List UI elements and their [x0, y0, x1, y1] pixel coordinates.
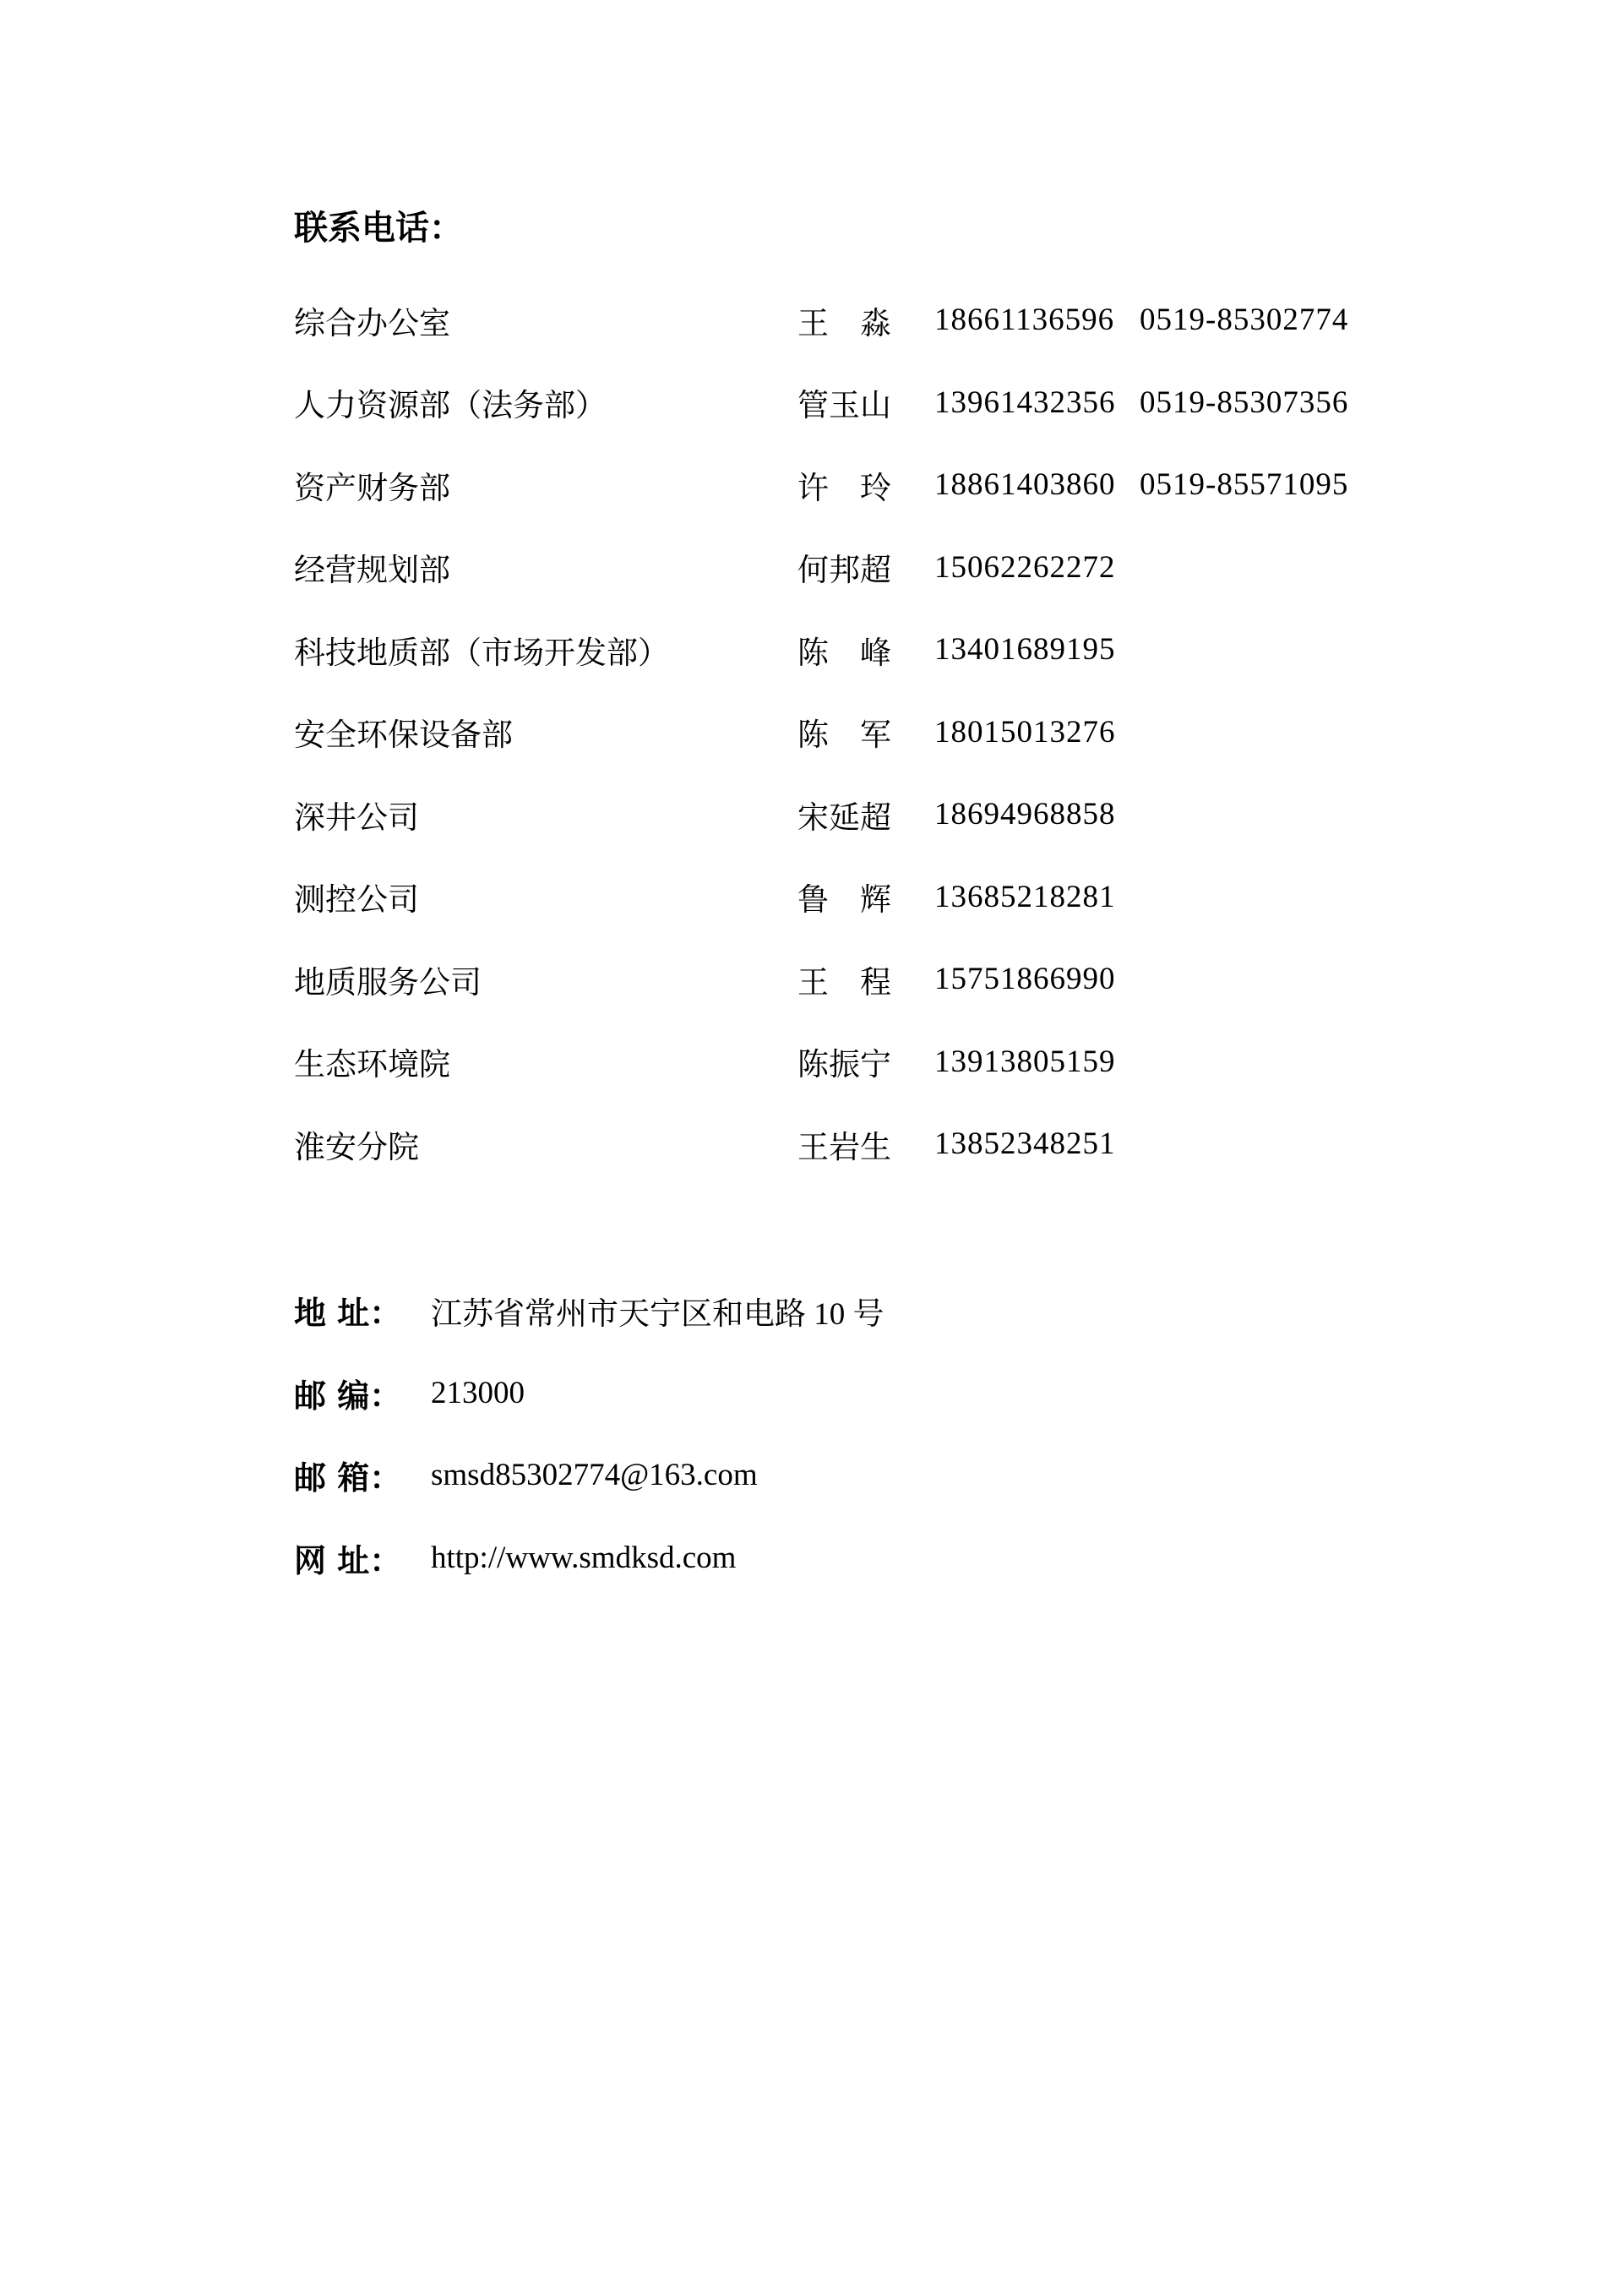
email-row: 邮 箱： smsd85302774@163.com [294, 1434, 1358, 1517]
person-name: 管玉山 [797, 379, 934, 425]
mobile-number: 18015013276 [934, 714, 1140, 750]
table-row: 深井公司 宋延超 18694968858 [294, 773, 1358, 856]
mobile-number: 13852348251 [934, 1126, 1140, 1162]
mobile-number: 18861403860 [934, 466, 1140, 503]
mobile-number: 13961432356 [934, 384, 1140, 421]
postcode-row: 邮 编： 213000 [294, 1352, 1358, 1435]
table-row: 综合办公室 王 淼 18661136596 0519-85302774 [294, 279, 1358, 362]
postcode-label: 邮 编： [294, 1370, 431, 1416]
mobile-number: 15062262272 [934, 549, 1140, 586]
contact-list: 综合办公室 王 淼 18661136596 0519-85302774 人力资源… [294, 279, 1358, 1186]
email-label: 邮 箱： [294, 1452, 431, 1498]
mobile-number: 15751866990 [934, 961, 1140, 997]
person-name: 陈 军 [797, 709, 934, 755]
person-name: 宋延超 [797, 792, 934, 837]
mobile-number: 18694968858 [934, 796, 1140, 832]
department-name: 资产财务部 [294, 462, 797, 508]
office-number: 0519-85571095 [1140, 466, 1358, 503]
website-row: 网 址： http://www.smdksd.com [294, 1517, 1358, 1600]
table-row: 经营规划部 何邦超 15062262272 [294, 526, 1358, 609]
mobile-number: 18661136596 [934, 302, 1140, 338]
contact-info-block: 地 址： 江苏省常州市天宁区和电路 10 号 邮 编： 213000 邮 箱： … [294, 1269, 1358, 1599]
page-title: 联系电话： [294, 211, 463, 245]
person-name: 王 淼 [797, 297, 934, 343]
person-name: 陈振宁 [797, 1039, 934, 1084]
department-name: 地质服务公司 [294, 957, 797, 1002]
person-name: 陈 峰 [797, 627, 934, 673]
department-name: 测控公司 [294, 874, 797, 919]
person-name: 何邦超 [797, 544, 934, 590]
office-number: 0519-85307356 [1140, 384, 1358, 421]
postcode-value: 213000 [431, 1375, 1358, 1411]
table-row: 资产财务部 许 玲 18861403860 0519-85571095 [294, 444, 1358, 526]
department-name: 科技地质部（市场开发部） [294, 627, 797, 673]
department-name: 综合办公室 [294, 297, 797, 343]
mobile-number: 13685218281 [934, 879, 1140, 915]
table-row: 测控公司 鲁 辉 13685218281 [294, 856, 1358, 939]
address-label: 地 址： [294, 1287, 431, 1333]
department-name: 生态环境院 [294, 1039, 797, 1084]
person-name: 王 程 [797, 957, 934, 1002]
website-label: 网 址： [294, 1535, 431, 1581]
department-name: 安全环保设备部 [294, 709, 797, 755]
person-name: 鲁 辉 [797, 874, 934, 919]
table-row: 地质服务公司 王 程 15751866990 [294, 938, 1358, 1021]
table-row: 人力资源部（法务部） 管玉山 13961432356 0519-85307356 [294, 362, 1358, 444]
table-row: 淮安分院 王岩生 13852348251 [294, 1103, 1358, 1186]
person-name: 许 玲 [797, 462, 934, 508]
office-number: 0519-85302774 [1140, 302, 1358, 338]
mobile-number: 13913805159 [934, 1044, 1140, 1080]
mobile-number: 13401689195 [934, 631, 1140, 668]
department-name: 淮安分院 [294, 1121, 797, 1167]
email-value: smsd85302774@163.com [431, 1457, 1358, 1493]
address-value: 江苏省常州市天宁区和电路 10 号 [431, 1288, 1358, 1333]
document-page: 联系电话： 综合办公室 王 淼 18661136596 0519-8530277… [0, 0, 1622, 2296]
person-name: 王岩生 [797, 1121, 934, 1167]
table-row: 科技地质部（市场开发部） 陈 峰 13401689195 [294, 608, 1358, 691]
department-name: 深井公司 [294, 792, 797, 837]
website-value: http://www.smdksd.com [431, 1540, 1358, 1576]
table-row: 安全环保设备部 陈 军 18015013276 [294, 691, 1358, 774]
department-name: 经营规划部 [294, 544, 797, 590]
address-row: 地 址： 江苏省常州市天宁区和电路 10 号 [294, 1269, 1358, 1352]
table-row: 生态环境院 陈振宁 13913805159 [294, 1021, 1358, 1104]
department-name: 人力资源部（法务部） [294, 379, 797, 425]
